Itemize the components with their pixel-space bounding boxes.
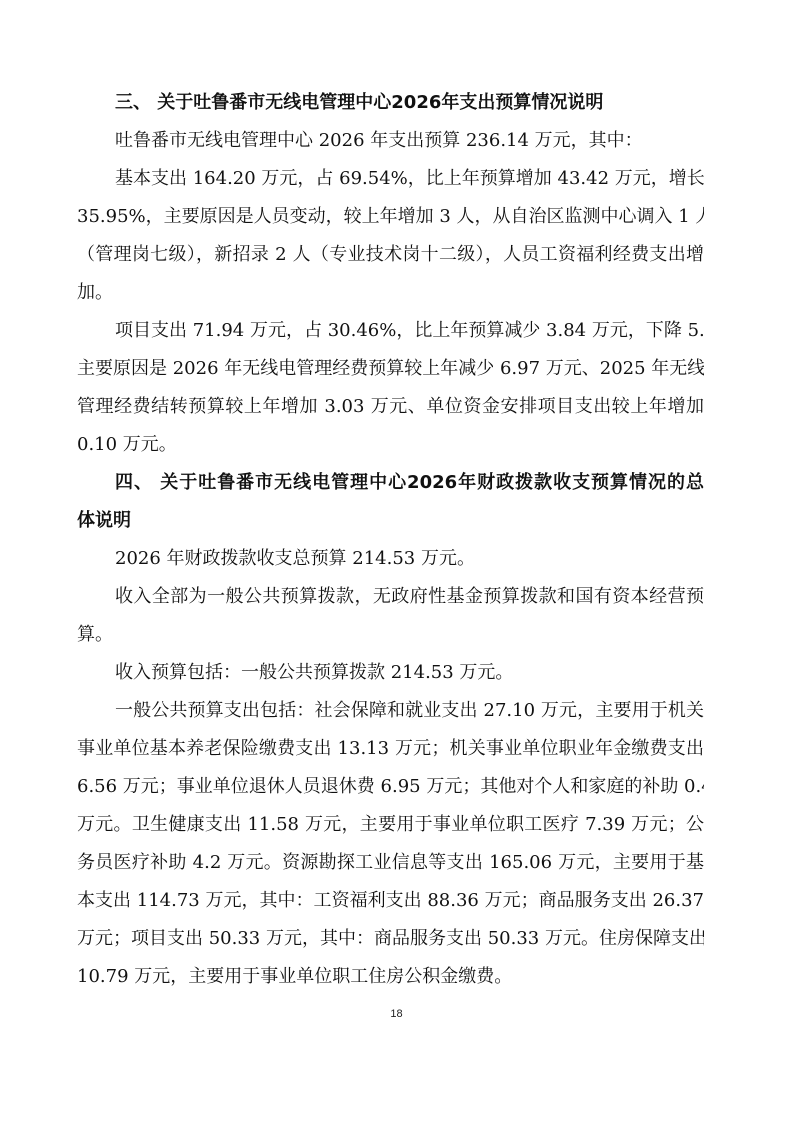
paragraph-project-expenditure-line-3: 管理经费结转预算较上年增加 3.03 万元、单位资金安排项目支出较上年增加 xyxy=(77,388,704,426)
paragraph-income-source-line-2: 算。 xyxy=(77,616,704,654)
page-number: 18 xyxy=(0,1008,793,1020)
paragraph-project-expenditure-line-1: 项目支出 71.94 万元，占 30.46%，比上年预算减少 3.84 万元，下… xyxy=(77,312,704,350)
paragraph-general-expenditure-line-7: 万元；项目支出 50.33 万元，其中：商品服务支出 50.33 万元。住房保障… xyxy=(77,920,704,958)
paragraph-income-budget: 收入预算包括：一般公共预算拨款 214.53 万元。 xyxy=(77,654,704,692)
paragraph-total-expenditure: 吐鲁番市无线电管理中心 2026 年支出预算 236.14 万元，其中： xyxy=(77,122,704,160)
paragraph-general-expenditure-line-8: 10.79 万元，主要用于事业单位职工住房公积金缴费。 xyxy=(77,958,704,996)
paragraph-project-expenditure-line-2: 主要原因是 2026 年无线电管理经费预算较上年减少 6.97 万元、2025 … xyxy=(77,350,704,388)
paragraph-general-expenditure-line-6: 本支出 114.73 万元，其中：工资福利支出 88.36 万元；商品服务支出 … xyxy=(77,882,704,920)
paragraph-basic-expenditure-line-2: 35.95%，主要原因是人员变动，较上年增加 3 人，从自治区监测中心调入 1 … xyxy=(77,198,704,236)
paragraph-general-expenditure-line-4: 万元。卫生健康支出 11.58 万元，主要用于事业单位职工医疗 7.39 万元；… xyxy=(77,806,704,844)
paragraph-basic-expenditure-line-3: （管理岗七级），新招录 2 人（专业技术岗十二级），人员工资福利经费支出增 xyxy=(77,236,704,274)
paragraph-fiscal-total: 2026 年财政拨款收支总预算 214.53 万元。 xyxy=(77,540,704,578)
paragraph-project-expenditure-line-4: 0.10 万元。 xyxy=(77,426,704,464)
paragraph-general-expenditure-line-5: 务员医疗补助 4.2 万元。资源勘探工业信息等支出 165.06 万元，主要用于… xyxy=(77,844,704,882)
paragraph-general-expenditure-line-1: 一般公共预算支出包括：社会保障和就业支出 27.10 万元，主要用于机关 xyxy=(77,692,704,730)
paragraph-income-source-line-1: 收入全部为一般公共预算拨款，无政府性基金预算拨款和国有资本经营预 xyxy=(77,578,704,616)
paragraph-basic-expenditure-line-1: 基本支出 164.20 万元，占 69.54%，比上年预算增加 43.42 万元… xyxy=(77,160,704,198)
section-3-heading: 三、 关于吐鲁番市无线电管理中心2026年支出预算情况说明 xyxy=(77,84,704,122)
paragraph-general-expenditure-line-3: 6.56 万元；事业单位退休人员退休费 6.95 万元；其他对个人和家庭的补助 … xyxy=(77,768,704,806)
section-4-heading-line-2: 体说明 xyxy=(77,502,704,540)
document-page: 三、 关于吐鲁番市无线电管理中心2026年支出预算情况说明 吐鲁番市无线电管理中… xyxy=(77,84,704,996)
section-4-heading-line-1: 四、 关于吐鲁番市无线电管理中心2026年财政拨款收支预算情况的总 xyxy=(77,464,704,502)
paragraph-general-expenditure-line-2: 事业单位基本养老保险缴费支出 13.13 万元；机关事业单位职业年金缴费支出 xyxy=(77,730,704,768)
paragraph-basic-expenditure-line-4: 加。 xyxy=(77,274,704,312)
